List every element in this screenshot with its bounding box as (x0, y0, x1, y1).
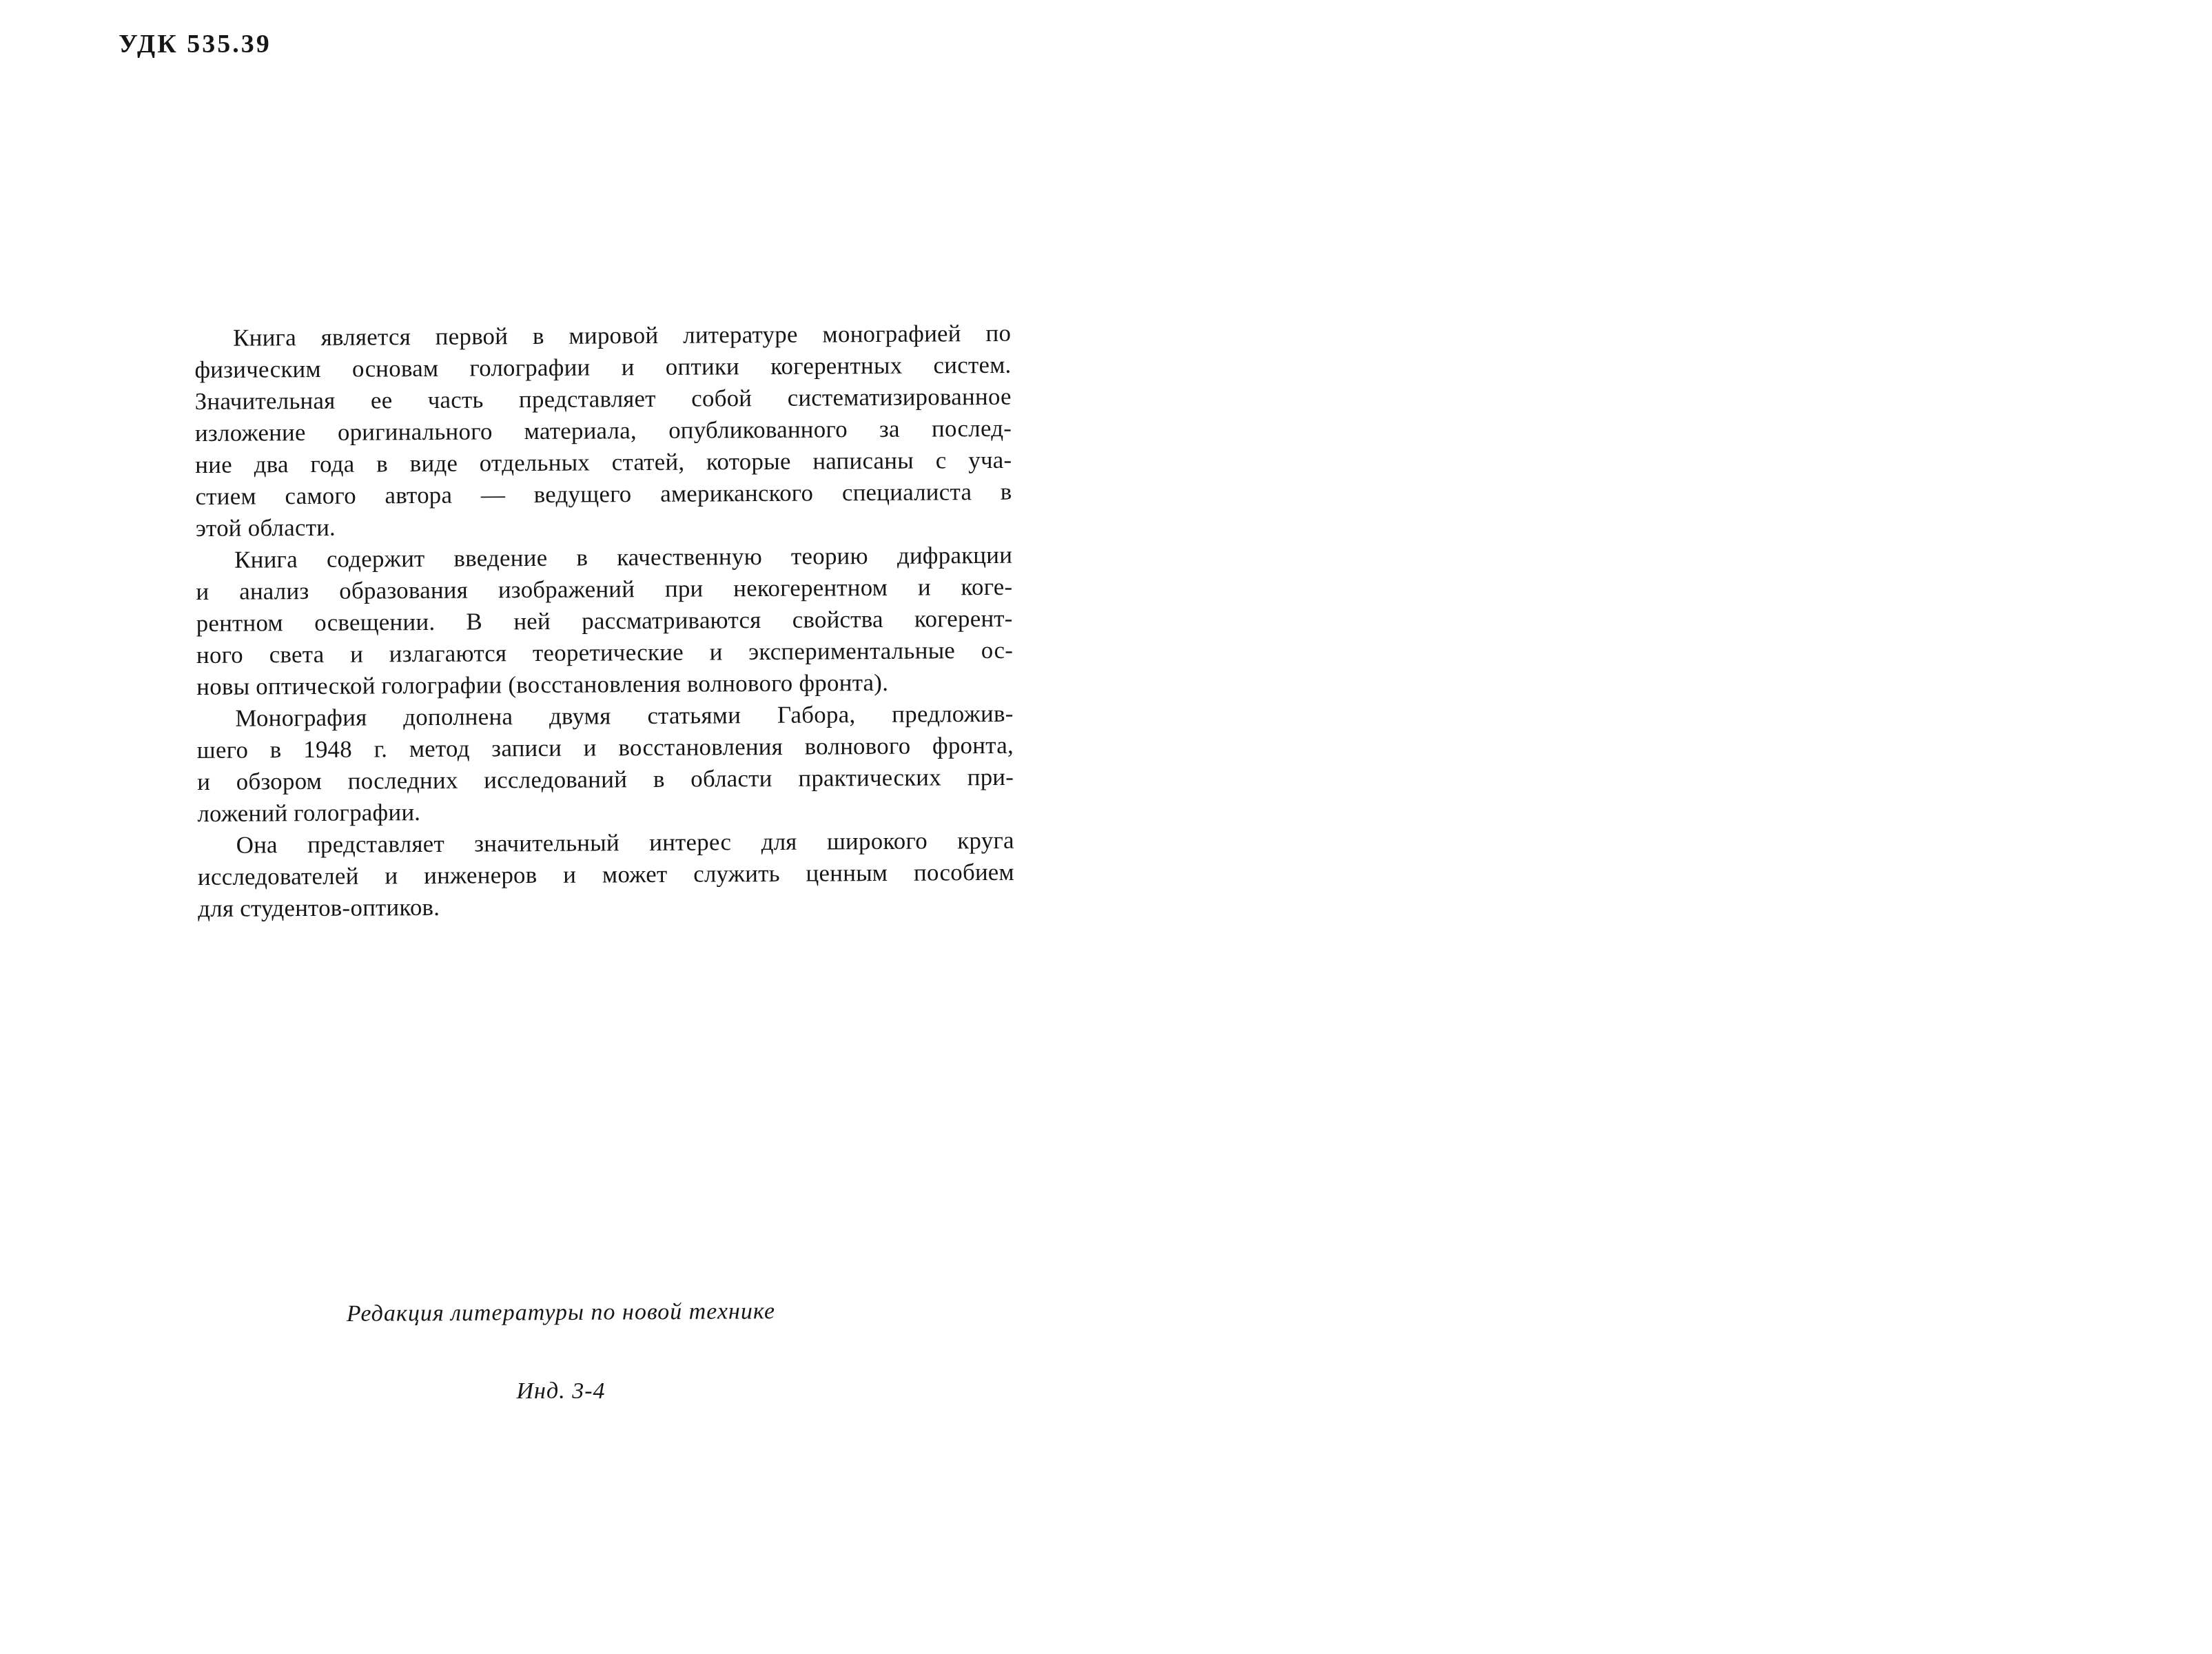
paragraph: Она представляет значительный интерес дл… (197, 825, 1014, 925)
text-line: Значительная ее часть представляет собой… (195, 381, 1012, 418)
text-line: этой области. (196, 508, 1012, 544)
text-line: исследователей и инженеров и может служи… (198, 857, 1014, 893)
text-line: шего в 1948 г. метод записи и восстановл… (197, 730, 1014, 766)
text-line: и анализ образования изображений при нек… (196, 571, 1012, 608)
paragraph: Книга содержит введение в качественную т… (196, 540, 1013, 703)
text-line: изложение оригинального материала, опубл… (195, 413, 1012, 449)
udc-classification-code: УДК 535.39 (119, 29, 272, 59)
text-line: физическим основам голографии и оптики к… (194, 349, 1011, 386)
text-line: стием самого автора — ведущего американс… (195, 476, 1012, 513)
text-line: Монография дополнена двумя статьями Габо… (196, 698, 1013, 735)
text-line: для студентов-оптиков. (198, 888, 1014, 925)
text-line: рентном освещении. В ней рассматриваются… (196, 603, 1013, 640)
text-line: и обзором последних исследований в облас… (197, 762, 1014, 798)
right-page: Предисловие редактора русского издания .… (1106, 0, 2212, 1654)
text-line: Книга является первой в мировой литерату… (194, 318, 1011, 354)
left-page: УДК 535.39 Книга является первой в миров… (0, 0, 1106, 1654)
text-line: Книга содержит введение в качественную т… (196, 540, 1012, 576)
edition-note: Редакция литературы по новой технике (288, 1298, 834, 1328)
text-line: ние два года в виде отдельных статей, ко… (195, 445, 1012, 481)
paragraph: Монография дополнена двумя статьями Габо… (196, 698, 1014, 830)
text-line: ложений голографии. (197, 793, 1014, 830)
text-line: новы оптической голографии (восстановлен… (196, 666, 1013, 703)
annotation-text-block: Книга является первой в мировой литерату… (194, 318, 1014, 925)
paragraph: Книга является первой в мировой литерату… (194, 318, 1012, 544)
text-line: ного света и излагаются теоретические и … (196, 635, 1013, 671)
text-line: Она представляет значительный интерес дл… (197, 825, 1014, 861)
index-note: Инд. 3-4 (288, 1378, 834, 1405)
